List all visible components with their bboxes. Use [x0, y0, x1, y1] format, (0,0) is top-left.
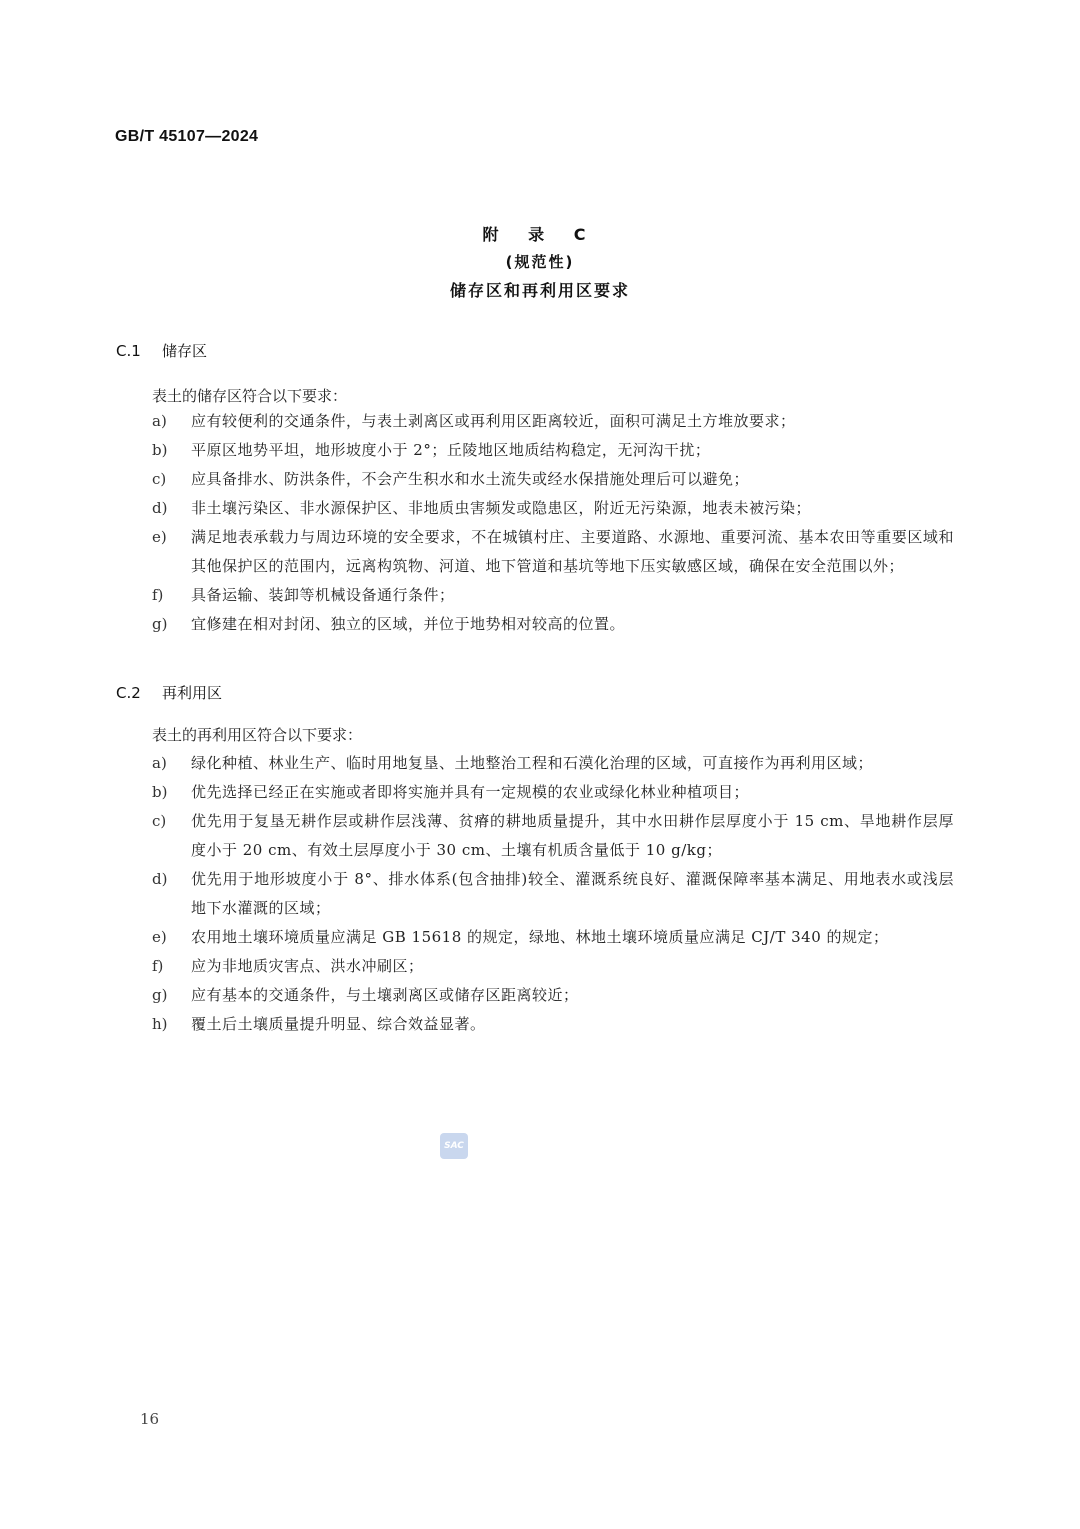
list-item: d)非土壤污染区、非水源保护区、非地质虫害频发或隐患区，附近无污染源，地表未被污… — [152, 494, 954, 523]
list-marker: g) — [152, 610, 191, 639]
annex-label: 附 录 C — [0, 222, 1080, 248]
list-text: 农用地土壤环境质量应满足 GB 15618 的规定，绿地、林地土壤环境质量应满足… — [191, 923, 954, 952]
list-item: b)平原区地势平坦，地形坡度小于 2°；丘陵地区地质结构稳定，无河沟干扰； — [152, 436, 954, 465]
annex-type: (规范性) — [0, 248, 1080, 276]
section-number: C.2 — [116, 684, 162, 702]
list-item: f)应为非地质灾害点、洪水冲刷区； — [152, 952, 954, 981]
list-text: 具备运输、装卸等机械设备通行条件； — [191, 581, 954, 610]
list-marker: a) — [152, 407, 191, 436]
list-marker: e) — [152, 523, 191, 581]
list-marker: g) — [152, 981, 191, 1010]
section-title: 再利用区 — [162, 684, 222, 702]
list-marker: b) — [152, 436, 191, 465]
list-marker: b) — [152, 778, 191, 807]
list-item: a)绿化种植、林业生产、临时用地复垦、土地整治工程和石漠化治理的区域，可直接作为… — [152, 749, 954, 778]
list-marker: c) — [152, 465, 191, 494]
list-marker: e) — [152, 923, 191, 952]
section-heading-c2: C.2再利用区 — [116, 682, 222, 703]
page-number: 16 — [140, 1410, 159, 1428]
list-item: g)应有基本的交通条件，与土壤剥离区或储存区距离较近； — [152, 981, 954, 1010]
list-marker: h) — [152, 1010, 191, 1039]
list-text: 覆土后土壤质量提升明显、综合效益显著。 — [191, 1010, 954, 1039]
standard-code: GB/T 45107—2024 — [115, 128, 258, 146]
list-item: g)宜修建在相对封闭、独立的区域，并位于地势相对较高的位置。 — [152, 610, 954, 639]
list-text: 宜修建在相对封闭、独立的区域，并位于地势相对较高的位置。 — [191, 610, 954, 639]
list-marker: a) — [152, 749, 191, 778]
list-item: c)应具备排水、防洪条件，不会产生积水和水土流失或经水保措施处理后可以避免； — [152, 465, 954, 494]
list-text: 应具备排水、防洪条件，不会产生积水和水土流失或经水保措施处理后可以避免； — [191, 465, 954, 494]
section-intro: 表土的再利用区符合以下要求： — [152, 721, 362, 750]
list-marker: d) — [152, 865, 191, 923]
list-text: 非土壤污染区、非水源保护区、非地质虫害频发或隐患区，附近无污染源，地表未被污染； — [191, 494, 954, 523]
list-item: h)覆土后土壤质量提升明显、综合效益显著。 — [152, 1010, 954, 1039]
list-text: 满足地表承载力与周边环境的安全要求，不在城镇村庄、主要道路、水源地、重要河流、基… — [191, 523, 954, 581]
section-title: 储存区 — [162, 342, 207, 360]
list-item: f)具备运输、装卸等机械设备通行条件； — [152, 581, 954, 610]
sac-watermark-logo-icon: SAC — [440, 1133, 468, 1159]
list-item: b)优先选择已经正在实施或者即将实施并具有一定规模的农业或绿化林业种植项目； — [152, 778, 954, 807]
list-text: 应有基本的交通条件，与土壤剥离区或储存区距离较近； — [191, 981, 954, 1010]
list-marker: d) — [152, 494, 191, 523]
list-text: 平原区地势平坦，地形坡度小于 2°；丘陵地区地质结构稳定，无河沟干扰； — [191, 436, 954, 465]
annex-title: 储存区和再利用区要求 — [0, 276, 1080, 306]
section-heading-c1: C.1储存区 — [116, 340, 207, 361]
list-text: 应为非地质灾害点、洪水冲刷区； — [191, 952, 954, 981]
annex-title-block: 附 录 C (规范性) 储存区和再利用区要求 — [0, 222, 1080, 306]
section-number: C.1 — [116, 342, 162, 360]
list-item: e)满足地表承载力与周边环境的安全要求，不在城镇村庄、主要道路、水源地、重要河流… — [152, 523, 954, 581]
list-marker: f) — [152, 952, 191, 981]
list-text: 应有较便利的交通条件，与表土剥离区或再利用区距离较近，面积可满足土方堆放要求； — [191, 407, 954, 436]
requirement-list-c2: a)绿化种植、林业生产、临时用地复垦、土地整治工程和石漠化治理的区域，可直接作为… — [152, 749, 954, 1039]
list-text: 优先用于复垦无耕作层或耕作层浅薄、贫瘠的耕地质量提升，其中水田耕作层厚度小于 1… — [191, 807, 954, 865]
list-item: a)应有较便利的交通条件，与表土剥离区或再利用区距离较近，面积可满足土方堆放要求… — [152, 407, 954, 436]
list-item: e)农用地土壤环境质量应满足 GB 15618 的规定，绿地、林地土壤环境质量应… — [152, 923, 954, 952]
list-marker: f) — [152, 581, 191, 610]
list-item: d)优先用于地形坡度小于 8°、排水体系(包含抽排)较全、灌溉系统良好、灌溉保障… — [152, 865, 954, 923]
list-text: 优先用于地形坡度小于 8°、排水体系(包含抽排)较全、灌溉系统良好、灌溉保障率基… — [191, 865, 954, 923]
list-marker: c) — [152, 807, 191, 865]
requirement-list-c1: a)应有较便利的交通条件，与表土剥离区或再利用区距离较近，面积可满足土方堆放要求… — [152, 407, 954, 639]
list-text: 绿化种植、林业生产、临时用地复垦、土地整治工程和石漠化治理的区域，可直接作为再利… — [191, 749, 954, 778]
list-text: 优先选择已经正在实施或者即将实施并具有一定规模的农业或绿化林业种植项目； — [191, 778, 954, 807]
list-item: c)优先用于复垦无耕作层或耕作层浅薄、贫瘠的耕地质量提升，其中水田耕作层厚度小于… — [152, 807, 954, 865]
